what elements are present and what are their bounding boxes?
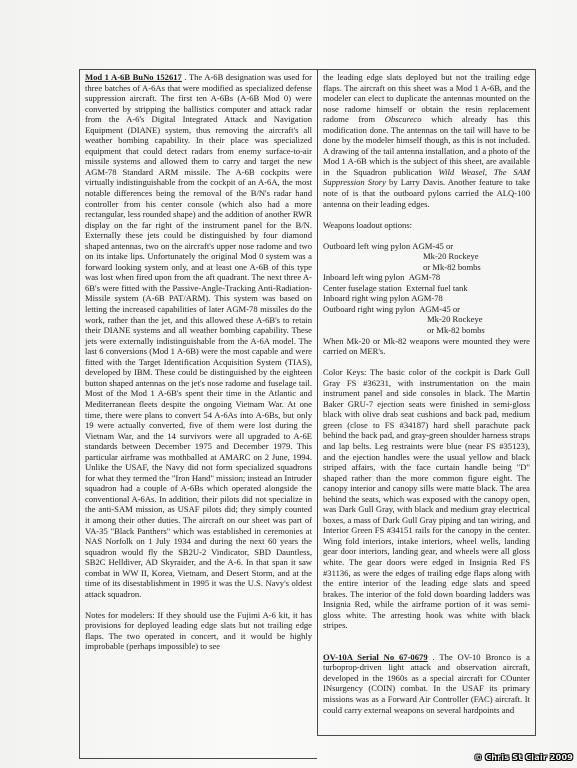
section-heading-a6b: Mod 1 A-6B BuNo 152617 — [85, 72, 182, 82]
obscureco-name: Obscureco — [385, 114, 422, 124]
section-heading-ov10a: OV-10A Serial No 67-0679 — [323, 652, 428, 662]
section-mod1-a6b: Mod 1 A-6B BuNo 152617 . The A-6B design… — [85, 72, 312, 599]
copyright-watermark: © Chris St Clair 2009 — [474, 753, 573, 762]
weapon-station-row: Outboard right wing pylon AGM-45 or — [323, 304, 530, 315]
weapon-station-row: Inboard left wing pylon AGM-78 — [323, 272, 530, 283]
weapons-heading: Weapons loadout options: — [323, 220, 530, 231]
section-ov10a: OV-10A Serial No 67-0679 . The OV-10 Bro… — [323, 652, 530, 715]
weapon-load-line: or Mk-82 bombs — [323, 325, 530, 336]
notes-continued: the leading edge slats deployed but not … — [323, 72, 530, 209]
weapon-load-line: Mk-20 Rockeye — [323, 251, 530, 262]
left-text-column: Mod 1 A-6B BuNo 152617 . The A-6B design… — [79, 69, 317, 759]
weapons-list: Outboard left wing pylon AGM-45 or Mk-20… — [323, 241, 530, 336]
weapons-note: When Mk-20 or Mk-82 weapons were mounted… — [323, 336, 530, 357]
weapon-station-row: Outboard left wing pylon AGM-45 or — [323, 241, 530, 252]
weapon-load-line: Mk-20 Rockeye — [323, 314, 530, 325]
color-keys: Color Keys: The basic color of the cockp… — [323, 367, 530, 631]
weapon-load-line: or Mk-82 bombs — [323, 262, 530, 273]
notes-for-modelers: Notes for modelers: If they should use t… — [85, 610, 312, 652]
weapon-station-row: Center fuselage station External fuel ta… — [323, 283, 530, 294]
weapon-station-row: Inboard right wing pylon AGM-78 — [323, 293, 530, 304]
right-text-column: the leading edge slats deployed but not … — [317, 69, 536, 736]
section-body-a6b: . The A-6B designation was used for thre… — [85, 72, 312, 599]
